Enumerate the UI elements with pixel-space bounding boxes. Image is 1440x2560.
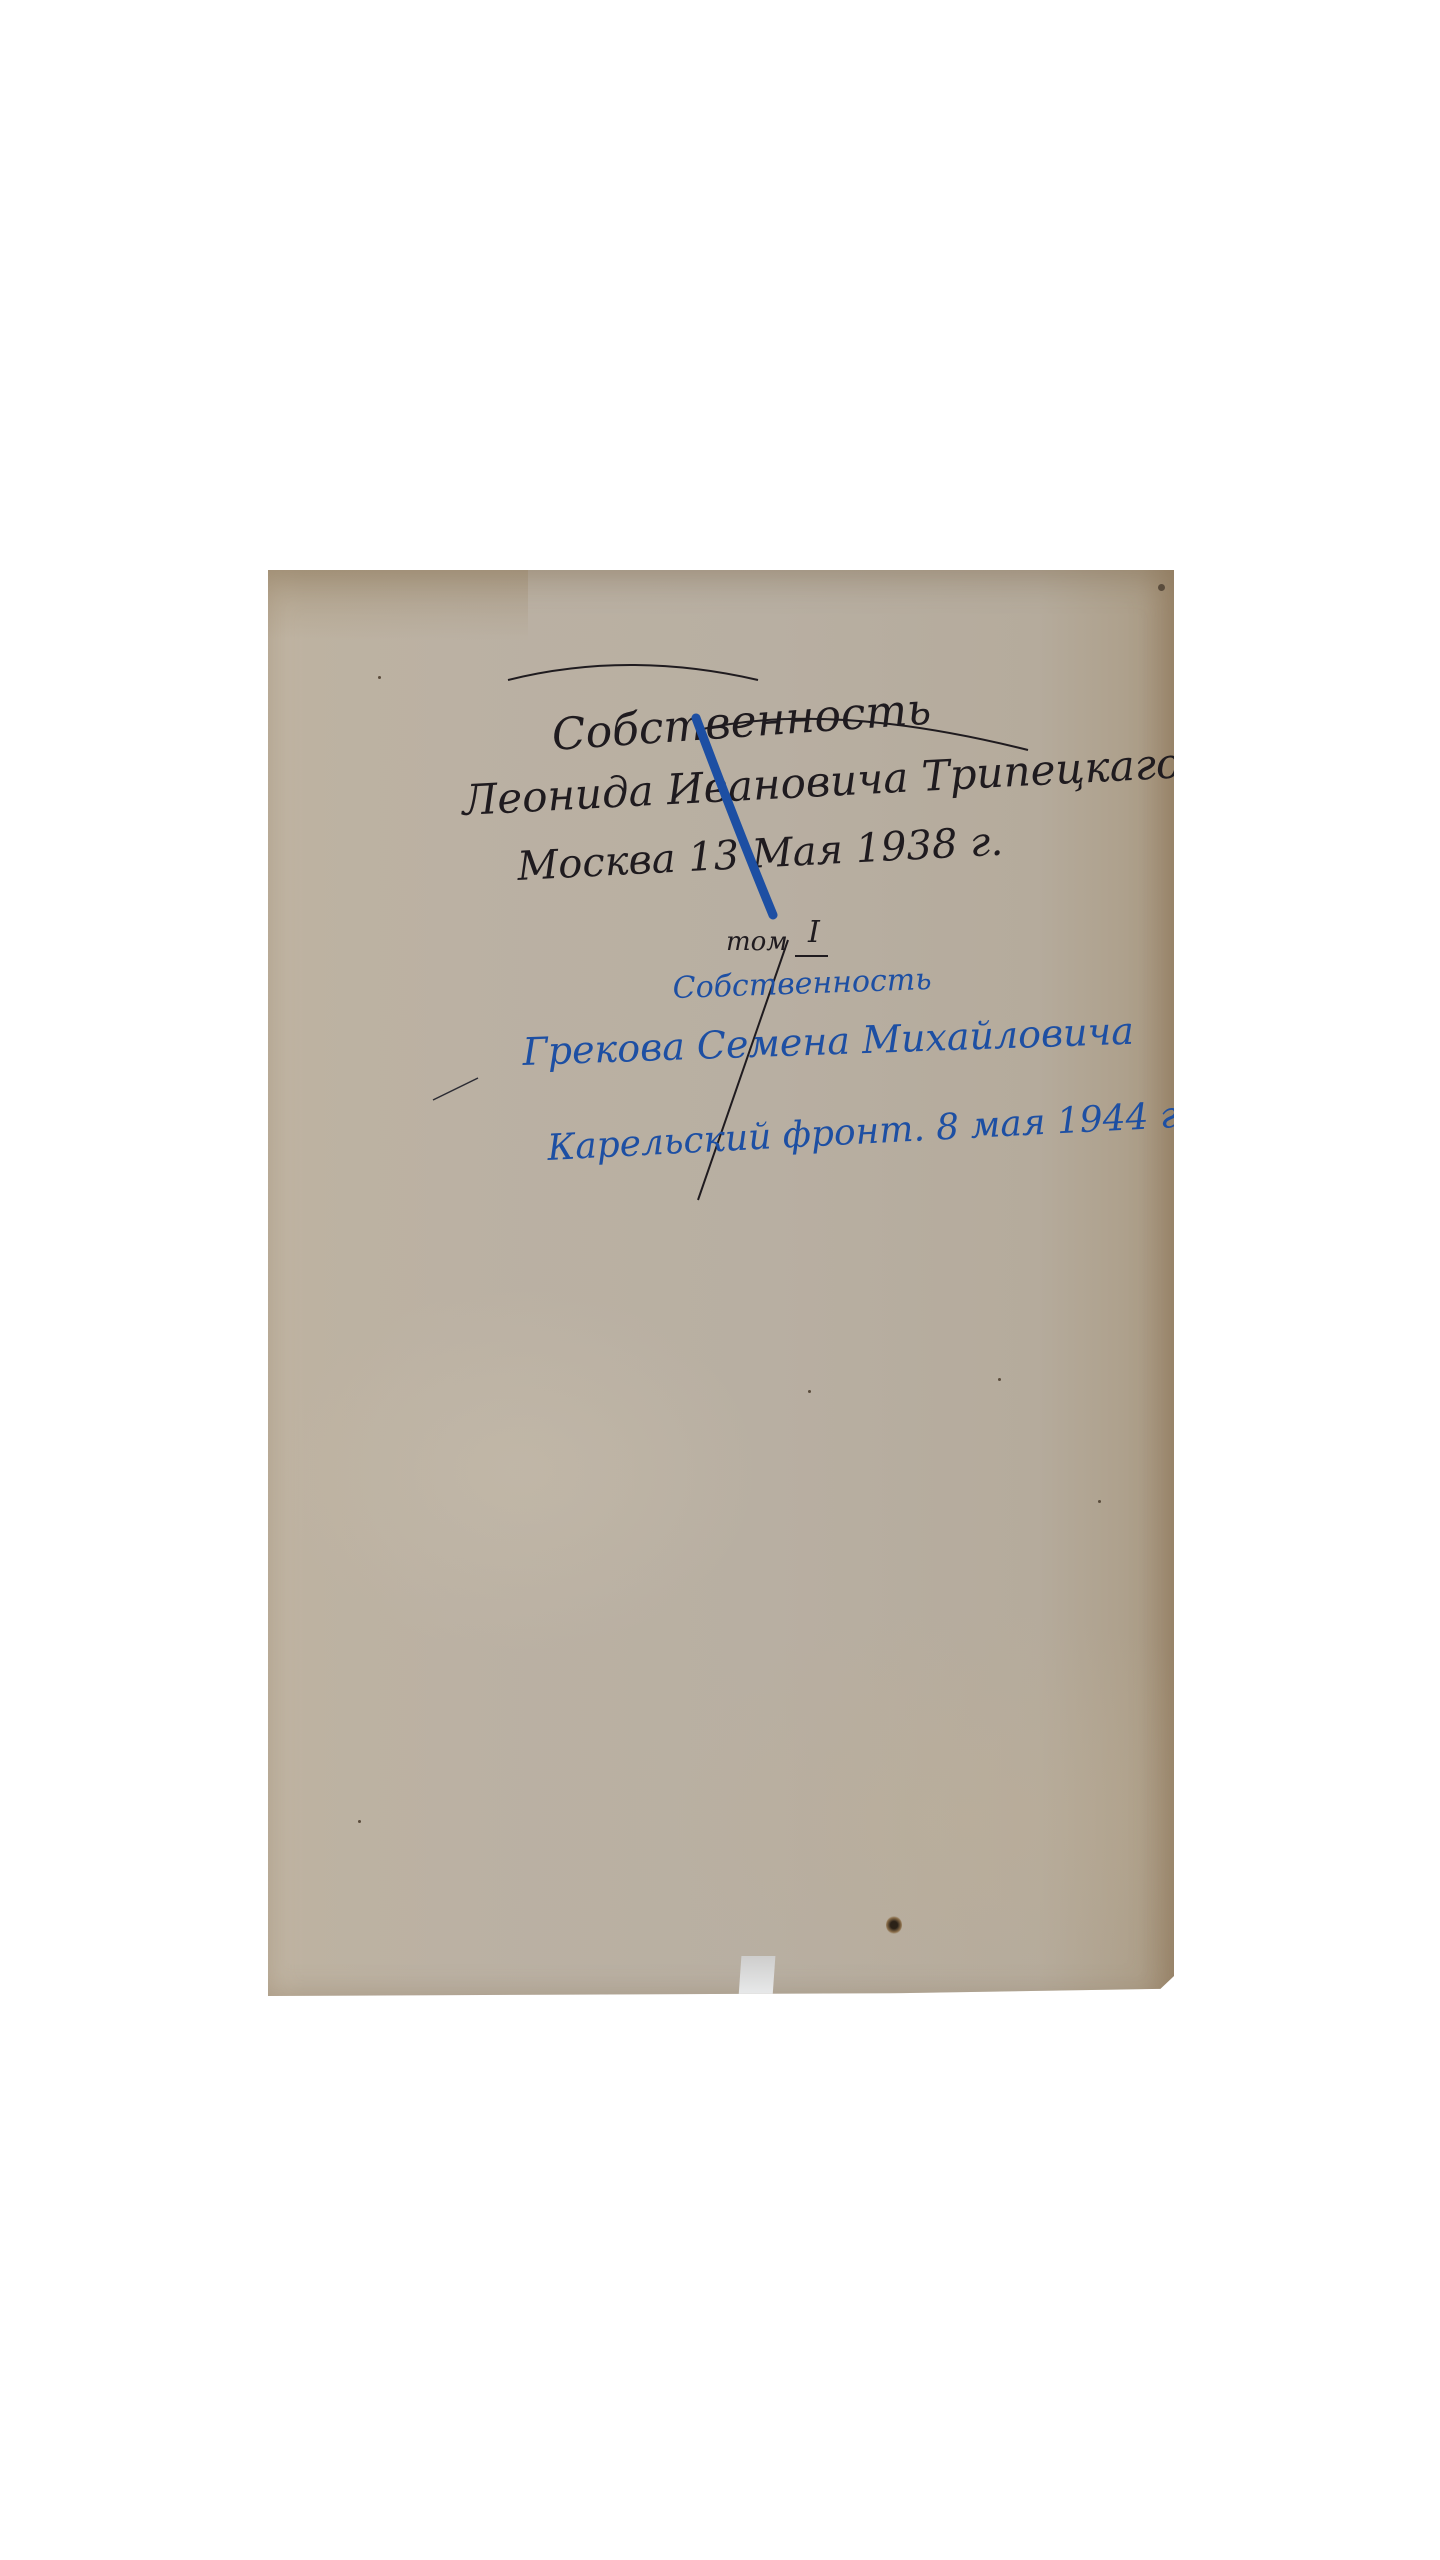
inscription-2-line-3: Карельский фронт. 8 мая 1944 г. — [545, 1094, 1174, 1169]
pen-stroke — [433, 1078, 478, 1100]
inscription-2-line-2: Грекова Семена Михайловича — [521, 1009, 1135, 1074]
inscriptions-layer: Собственность Леонида Ивановича Трипецка… — [268, 570, 1174, 1996]
volume-number: I — [807, 915, 821, 950]
flourish-stroke — [508, 665, 758, 680]
inscription-2-line-1: Собственность — [672, 962, 932, 1006]
volume-label: том — [726, 927, 788, 957]
inscription-2: Собственность Грекова Семена Михайловича… — [433, 962, 1174, 1169]
book-flyleaf-page: Собственность Леонида Ивановича Трипецка… — [268, 570, 1174, 1996]
